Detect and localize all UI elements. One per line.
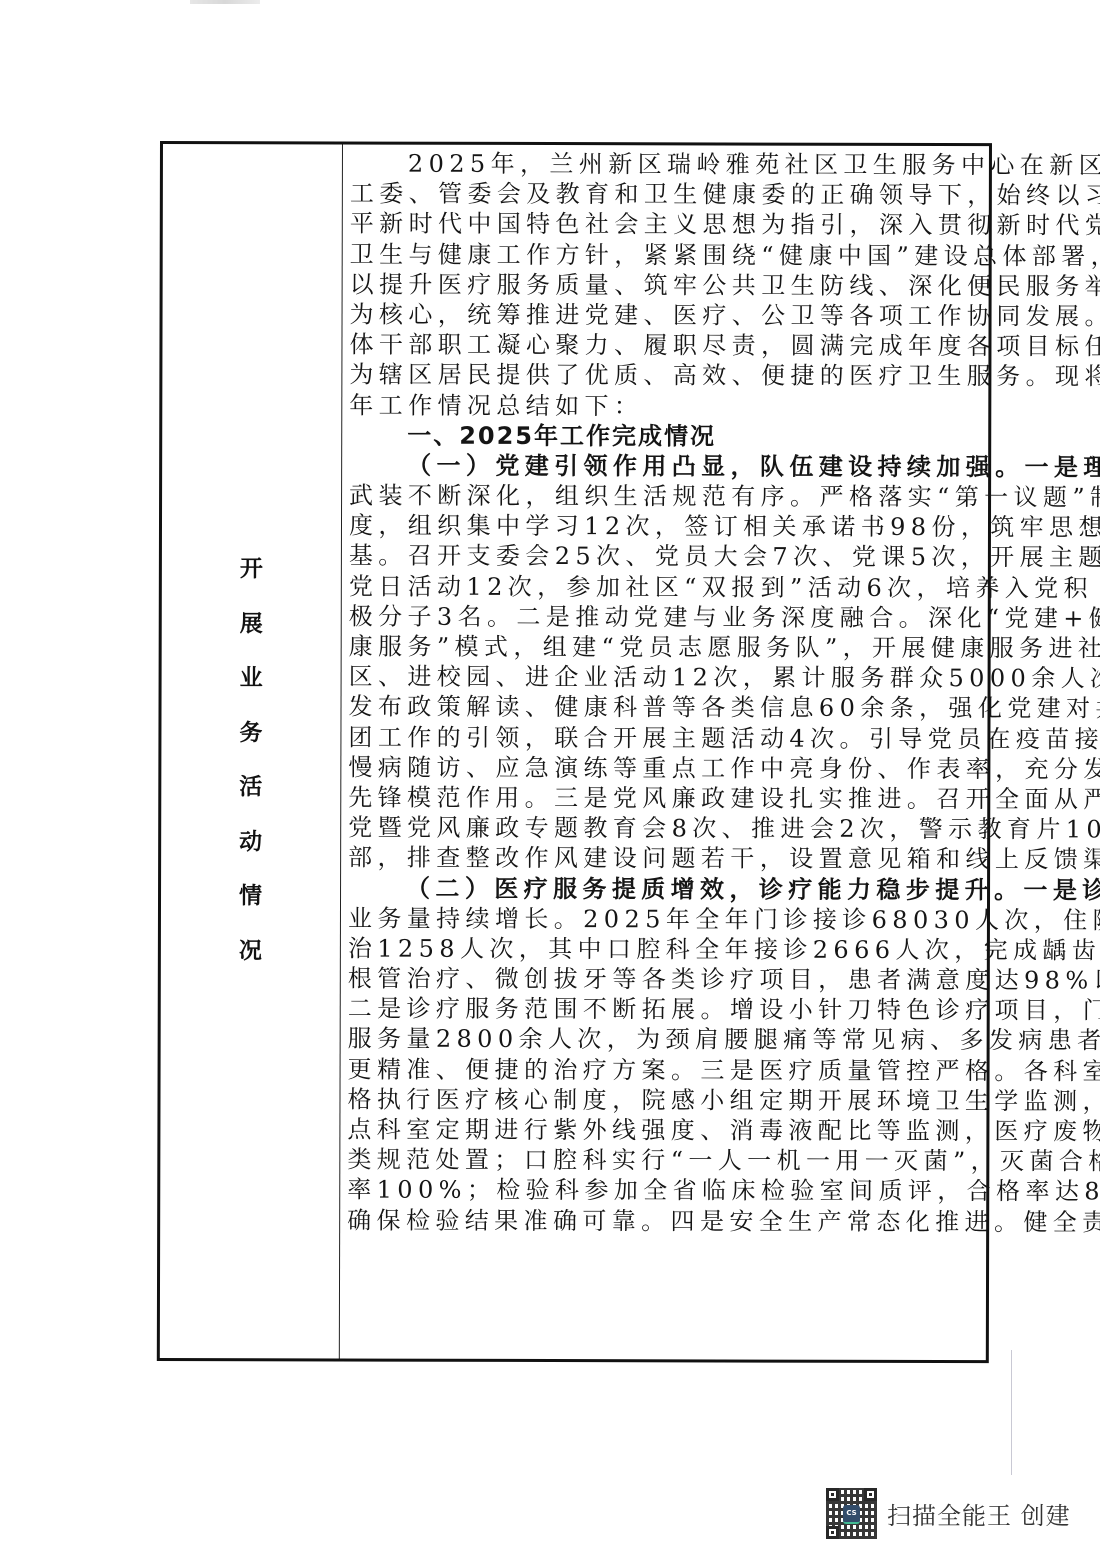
subsection-party-building-line: 团工作的引领，联合开展主题活动4次。引导党员在疫苗接种、	[348, 722, 987, 754]
subsection-medical-service-line: 率100%；检验科参加全省临床检验室间质评，合格率达86%，	[347, 1175, 986, 1207]
summary-table: 开 展 业 务 活 动 情 况 2025年，兰州新区瑞岭雅苑社区卫生服务中心在新…	[157, 141, 992, 1363]
label-char: 活	[239, 760, 262, 815]
intro-paragraph-line: 为辖区居民提供了优质、高效、便捷的医疗卫生服务。现将全	[349, 360, 988, 392]
scan-artifact-line	[1011, 1350, 1012, 1475]
label-column: 开 展 业 务 活 动 情 况	[160, 144, 343, 1358]
subsection-medical-service-line: 二是诊疗服务范围不断拓展。增设小针刀特色诊疗项目，门诊	[348, 994, 987, 1026]
label-char: 务	[239, 706, 262, 761]
intro-paragraph-line: 工委、管委会及教育和卫生健康委的正确领导下，始终以习近	[350, 179, 989, 211]
intro-paragraph-line: 为核心，统筹推进党建、医疗、公卫等各项工作协同发展。全	[350, 299, 989, 331]
intro-paragraph-line: 平新时代中国特色社会主义思想为指引，深入贯彻新时代党的	[350, 209, 989, 241]
intro-paragraph-line: 年工作情况总结如下：	[349, 390, 988, 422]
subsection-party-building-line: 慢病随访、应急演练等重点工作中亮身份、作表率，充分发挥	[348, 752, 987, 784]
subsection-party-building-line: 度，组织集中学习12次，签订相关承诺书98份，筑牢思想根	[349, 511, 988, 543]
subsection-party-building-line: 部，排查整改作风建设问题若干，设置意见箱和线上反馈渠道。	[348, 843, 987, 875]
content-column: 2025年，兰州新区瑞岭雅苑社区卫生服务中心在新区党 工委、管委会及教育和卫生健…	[341, 144, 989, 1360]
subsection-party-building-line: 基。召开支委会25次、党员大会7次、党课5次，开展主题	[349, 541, 988, 573]
subsection-party-building-line: （一）党建引领作用凸显，队伍建设持续加强。一是理论	[349, 450, 988, 482]
subsection-party-building-line: 极分子3名。二是推动党建与业务深度融合。深化“党建+健	[349, 601, 988, 633]
subsection-party-building-line: 党日活动12次，参加社区“双报到”活动6次，培养入党积	[349, 571, 988, 603]
label-char: 情	[239, 869, 262, 924]
subsection-party-building-line: 发布政策解读、健康科普等各类信息60余条，强化党建对共青	[348, 692, 987, 724]
subsection-medical-service-line: 格执行医疗核心制度，院感小组定期开展环境卫生学监测，重	[347, 1084, 986, 1116]
intro-paragraph-line: 卫生与健康工作方针，紧紧围绕“健康中国”建设总体部署，	[350, 239, 989, 271]
subsection-medical-service-line: 服务量2800余人次，为颈肩腰腿痛等常见病、多发病患者提供	[348, 1024, 987, 1056]
camscanner-logo-icon: CS	[843, 1505, 860, 1524]
subsection-medical-service-line: 点科室定期进行紫外线强度、消毒液配比等监测，医疗废物分	[347, 1114, 986, 1146]
label-text-vertical: 开 展 业 务 活 动 情 况	[161, 542, 341, 978]
label-char: 业	[240, 651, 263, 706]
label-char: 展	[240, 597, 263, 652]
subsection-party-building-line: 武装不断深化，组织生活规范有序。严格落实“第一议题”制	[349, 481, 988, 513]
subsection-medical-service-line: 类规范处置；口腔科实行“一人一机一用一灭菌”，灭菌合格	[347, 1145, 986, 1177]
subsection-medical-service-line: 业务量持续增长。2025年全年门诊接诊68030人次，住院收	[348, 903, 987, 935]
intro-paragraph-line: 体干部职工凝心聚力、履职尽责，圆满完成年度各项目标任务，	[349, 330, 988, 362]
intro-paragraph-line: 2025年，兰州新区瑞岭雅苑社区卫生服务中心在新区党	[350, 148, 989, 180]
subsection-party-building-line: 区、进校园、进企业活动12次，累计服务群众5000余人次；	[349, 662, 988, 694]
qr-finder-pattern	[864, 1488, 877, 1501]
qr-code-icon: CS	[826, 1488, 877, 1539]
camscanner-watermark: CS 扫描全能王 创建	[826, 1486, 1071, 1540]
subsection-medical-service-line: 根管治疗、微创拔牙等各类诊疗项目，患者满意度达98%以上。	[348, 964, 987, 996]
label-char: 况	[239, 924, 262, 979]
scan-smudge	[190, 0, 260, 4]
label-char: 开	[240, 542, 263, 597]
qr-finder-pattern	[826, 1526, 839, 1539]
subsection-medical-service-line: 确保检验结果准确可靠。四是安全生产常态化推进。健全责任	[347, 1205, 986, 1237]
section-heading: 一、2025年工作完成情况	[349, 420, 988, 452]
subsection-party-building-line: 康服务”模式，组建“党员志愿服务队”，开展健康服务进社	[349, 631, 988, 663]
watermark-text: 扫描全能王 创建	[887, 1496, 1071, 1531]
subsection-medical-service-line: 治1258人次，其中口腔科全年接诊2666人次，完成龋齿充填、	[348, 933, 987, 965]
qr-finder-pattern	[826, 1488, 839, 1501]
label-char: 动	[239, 815, 262, 870]
subsection-medical-service-line: 更精准、便捷的治疗方案。三是医疗质量管控严格。各科室严	[348, 1054, 987, 1086]
subsection-medical-service-line: （二）医疗服务提质增效，诊疗能力稳步提升。一是诊疗	[348, 873, 987, 905]
subsection-party-building-line: 党暨党风廉政专题教育会8次、推进会2次，警示教育片10	[348, 813, 987, 845]
subsection-party-building-line: 先锋模范作用。三是党风廉政建设扎实推进。召开全面从严治	[348, 782, 987, 814]
intro-paragraph-line: 以提升医疗服务质量、筑牢公共卫生防线、深化便民服务举措	[350, 269, 989, 301]
